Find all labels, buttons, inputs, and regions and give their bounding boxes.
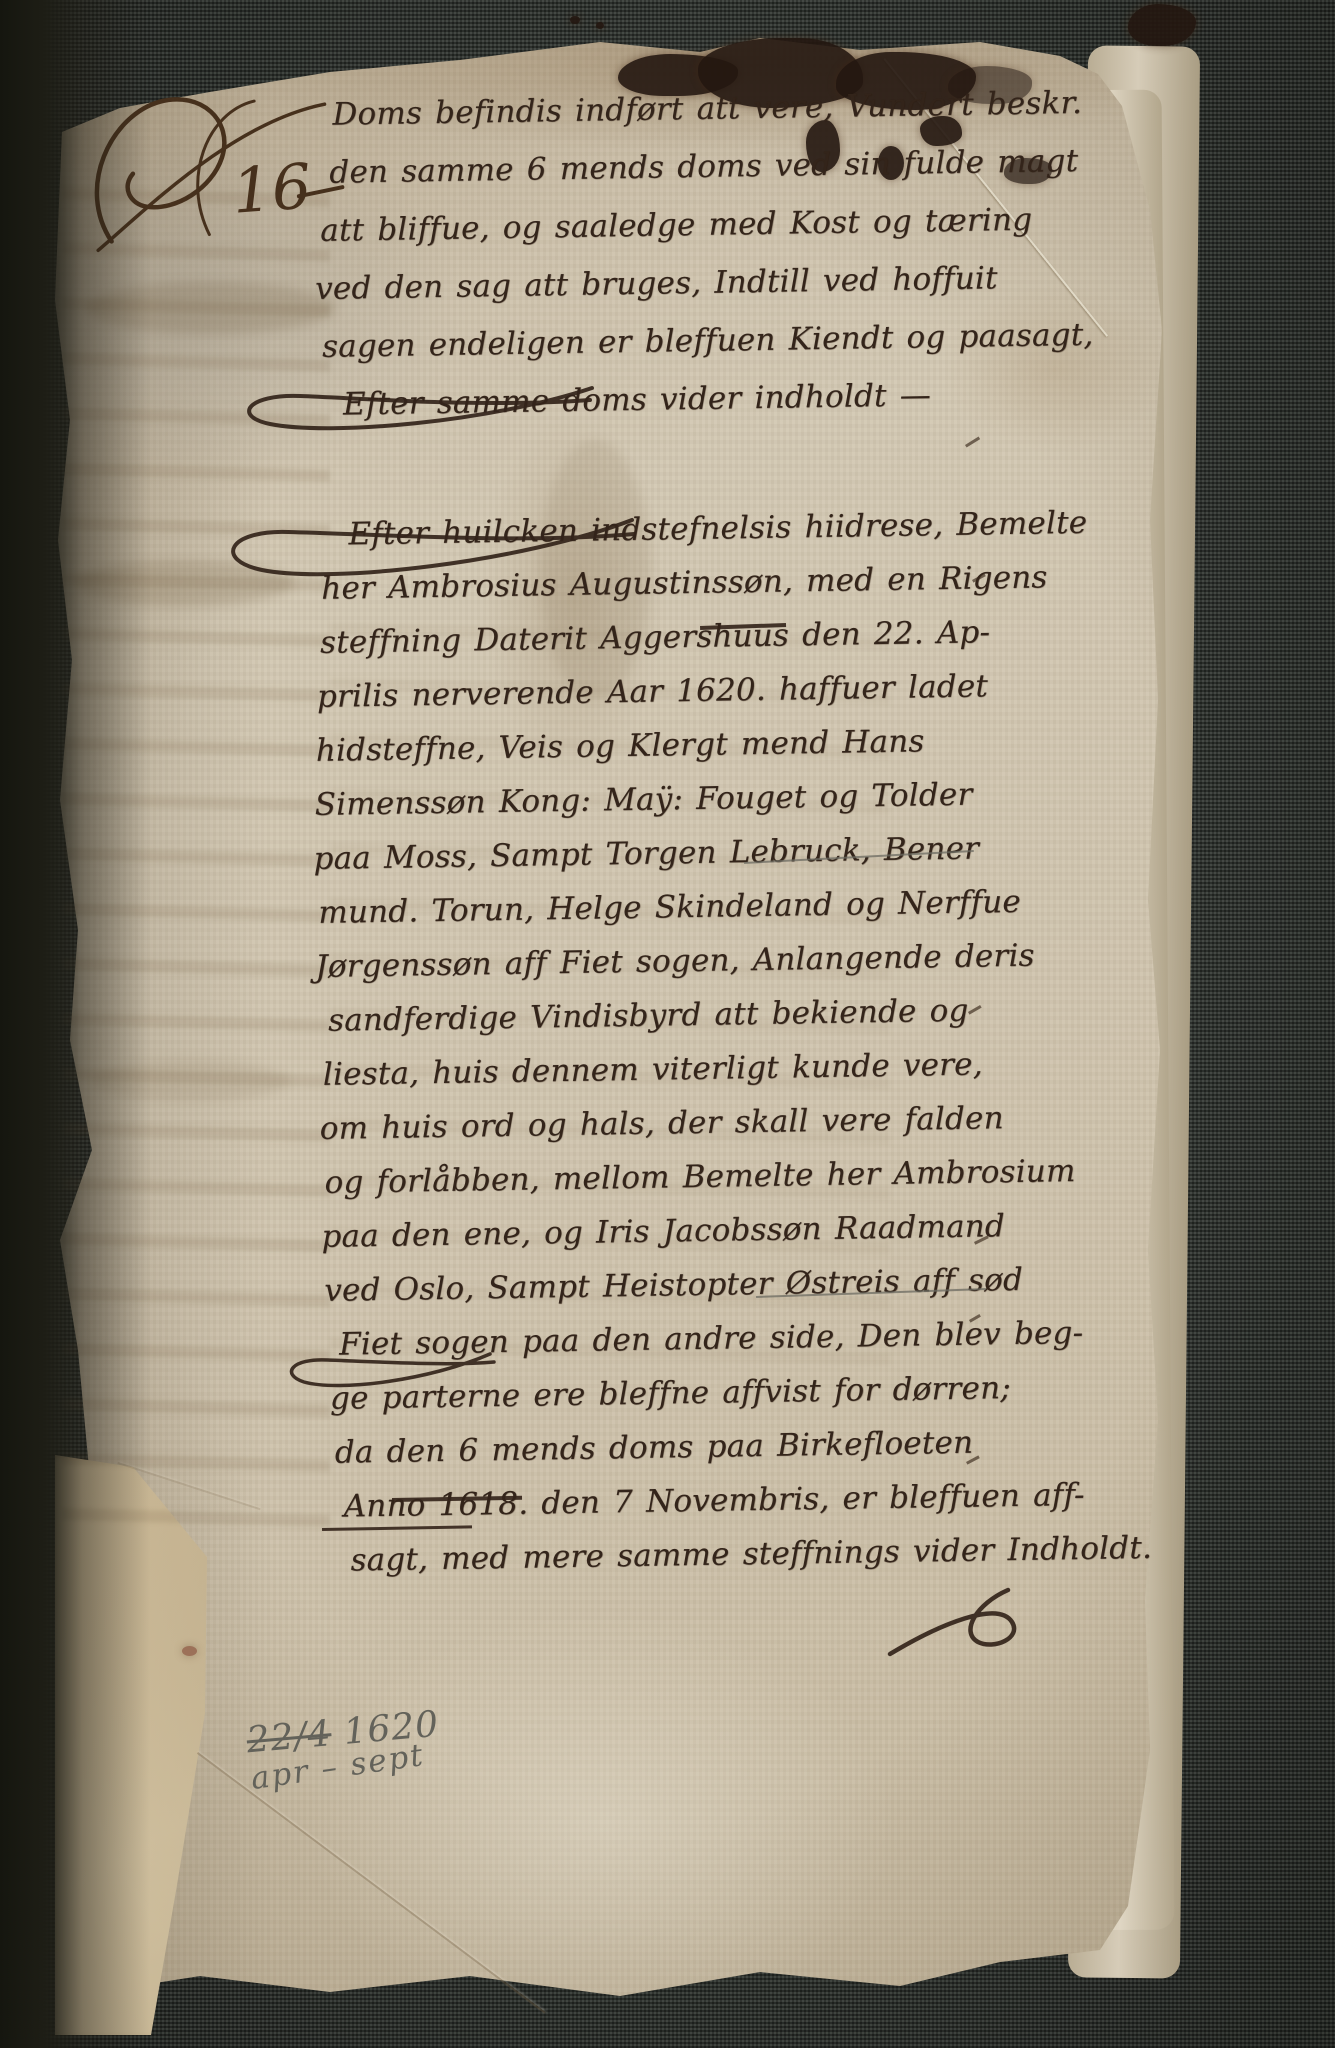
manuscript-page-scan: 16 Doms befindis indført att vere, Vunde… <box>0 0 1335 2048</box>
archival-number: 16 <box>230 149 314 227</box>
ink-blot <box>596 22 604 29</box>
ink-blot <box>1128 4 1196 46</box>
binding-spine-shadow <box>0 0 150 2048</box>
calligraphic-swash <box>222 500 642 596</box>
calligraphic-swash <box>240 370 600 450</box>
red-mark <box>182 1646 197 1656</box>
manuscript-line: sagen endeligen er bleffuen Kiendt og pa… <box>322 306 1094 376</box>
ink-blot <box>570 16 580 24</box>
manuscript-paragraph-2: Efter huilcken indstefnelsis hiidrese, B… <box>308 495 1152 1588</box>
end-flourish-mark <box>880 1582 1030 1672</box>
calligraphic-swash <box>280 1340 500 1400</box>
